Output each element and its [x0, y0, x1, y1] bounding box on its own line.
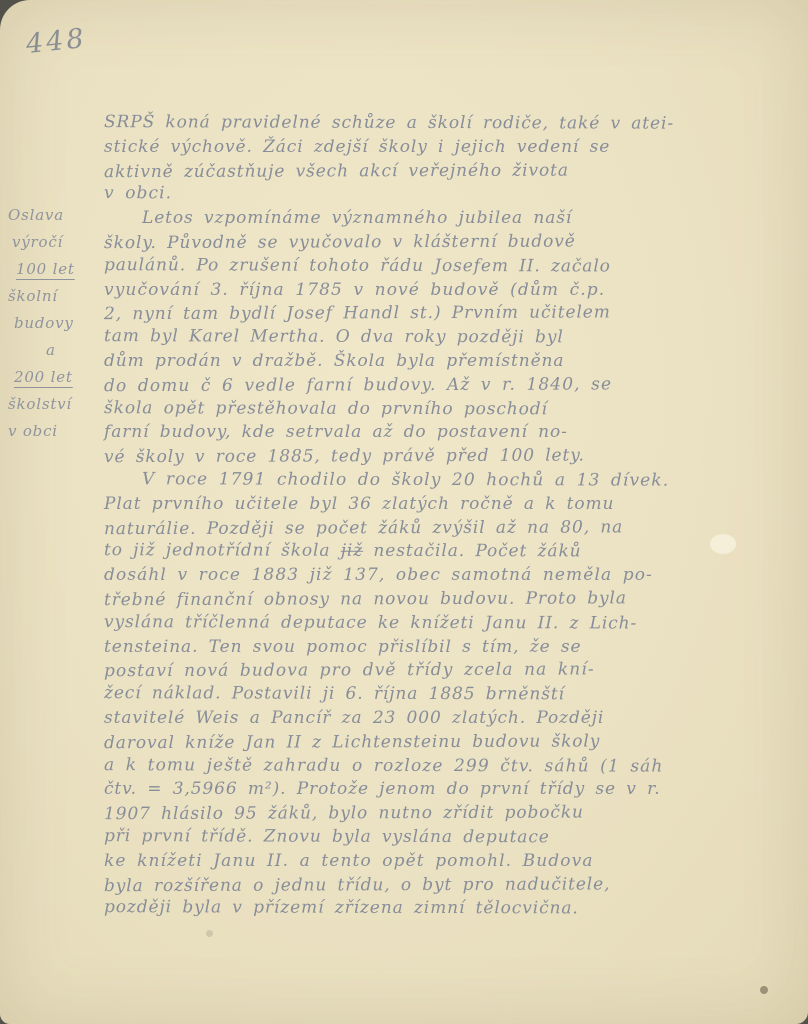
text-line: V roce 1791 chodilo do školy 20 hochů a …: [104, 468, 772, 494]
text-line: později byla v přízemí zřízena zimní těl…: [104, 896, 772, 922]
text-line: ke knížeti Janu II. a tento opět pomohl.…: [104, 850, 772, 874]
text-line: v obci.: [104, 183, 772, 209]
paper-highlight-spot: [710, 534, 736, 554]
text-line: postaví nová budova pro dvě třídy zcela …: [104, 658, 772, 684]
text-line: při první třídě. Znovu byla vyslána depu…: [104, 825, 772, 851]
text-line: vé školy v roce 1885, tedy právě před 10…: [104, 444, 772, 470]
text-line: naturálie. Později se počet žáků zvýšil …: [104, 515, 772, 541]
text-line: žecí náklad. Postavili ji 6. října 1885 …: [104, 682, 772, 708]
text-line: 2, nyní tam bydlí Josef Handl st.) První…: [104, 301, 772, 327]
text-line: třebné finanční obnosy na novou budovu. …: [104, 587, 772, 613]
text-line: SRPŠ koná pravidelné schůze a školí rodi…: [104, 111, 772, 137]
text-line: dům prodán v dražbě. Škola byla přemístn…: [104, 350, 772, 374]
text-line: tam byl Karel Mertha. O dva roky později…: [104, 325, 772, 351]
margin-note-line: v obci: [8, 418, 104, 445]
text-line: farní budovy, kde setrvala až do postave…: [104, 421, 772, 445]
text-line: paulánů. Po zrušení tohoto řádu Josefem …: [104, 254, 772, 280]
text-line: Plat prvního učitele byl 36 zlatých ročn…: [104, 493, 772, 517]
text-line: aktivně zúčastňuje všech akcí veřejného …: [104, 158, 772, 184]
text-line: vyučování 3. října 1785 v nové budově (d…: [104, 279, 772, 303]
text-line: školy. Původně se vyučovalo v klášterní …: [104, 230, 772, 256]
margin-note-line: školní: [8, 283, 104, 310]
text-line: Letos vzpomínáme významného jubilea naší: [104, 207, 772, 231]
text-line: 1907 hlásilo 95 žáků, bylo nutno zřídit …: [104, 801, 772, 827]
text-line: dosáhl v roce 1883 již 137, obec samotná…: [104, 564, 772, 588]
margin-note: Oslavavýročí100 letškolníbudovya200 letš…: [8, 202, 104, 445]
text-line: čtv. = 3,5966 m²). Protože jenom do prvn…: [104, 778, 772, 802]
text-line: a k tomu ještě zahradu o rozloze 299 čtv…: [104, 754, 772, 780]
margin-note-line: 200 let: [8, 364, 104, 391]
manuscript-text: SRPŠ koná pravidelné schůze a školí rodi…: [104, 112, 772, 921]
page-number: 448: [25, 23, 88, 60]
paper-sheet: 448 Oslavavýročí100 letškolníbudovya200 …: [0, 0, 808, 1024]
text-line: byla rozšířena o jednu třídu, o byt pro …: [104, 872, 772, 898]
text-line: tensteina. Ten svou pomoc přislíbil s tí…: [104, 636, 772, 660]
margin-note-line: výročí: [8, 229, 104, 256]
text-line: stavitelé Weis a Pancíř za 23 000 zlatýc…: [104, 707, 772, 731]
text-line: to již jednotřídní škola již nestačila. …: [104, 539, 772, 565]
margin-note-line: školství: [8, 391, 104, 418]
margin-note-line: 100 let: [8, 256, 104, 283]
photographed-page: 448 Oslavavýročí100 letškolníbudovya200 …: [0, 0, 808, 1024]
margin-note-line: a: [8, 337, 104, 364]
text-line: škola opět přestěhovala do prvního posch…: [104, 397, 772, 423]
struck-word: již: [341, 541, 363, 561]
text-line: do domu č 6 vedle farní budovy. Až v r. …: [104, 373, 772, 399]
ink-spot: [760, 986, 768, 994]
text-line: vyslána tříčlenná deputace ke knížeti Ja…: [104, 611, 772, 637]
text-line: daroval kníže Jan II z Lichtensteinu bud…: [104, 730, 772, 756]
text-line: stické výchově. Žáci zdejší školy i jeji…: [104, 136, 772, 160]
margin-note-line: budovy: [8, 310, 104, 337]
ink-spot: [206, 930, 213, 937]
margin-note-line: Oslava: [8, 202, 104, 229]
